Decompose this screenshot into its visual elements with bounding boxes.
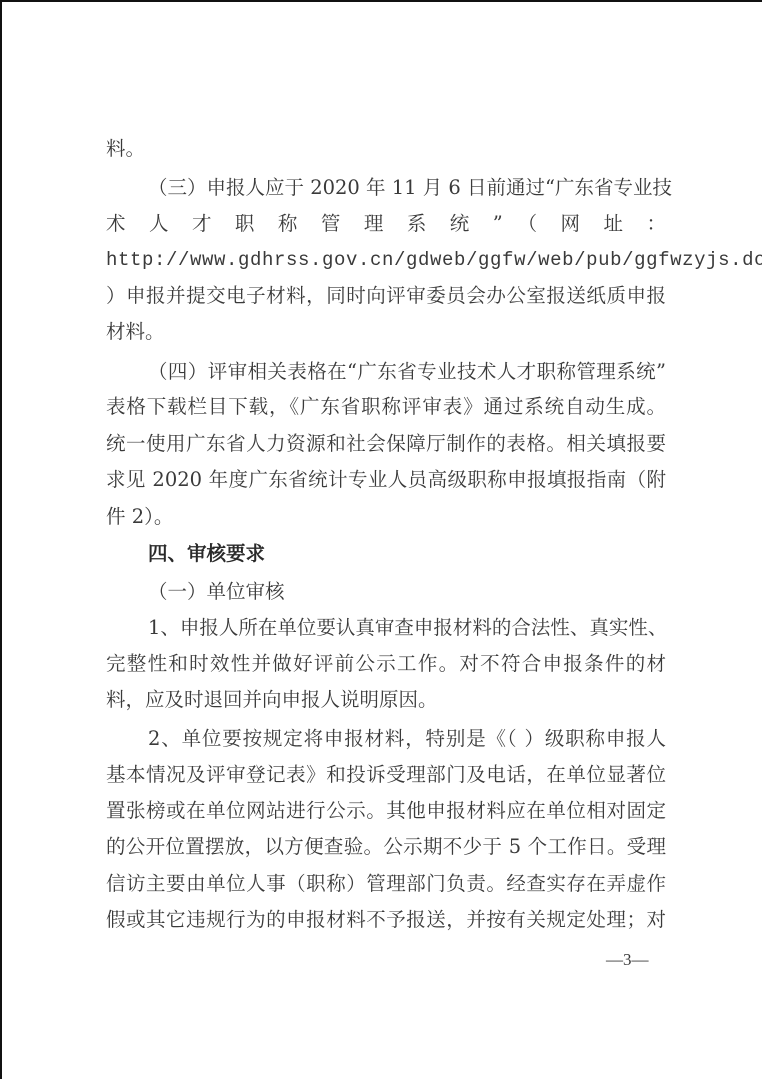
text-line: 的公开位置摆放，以方便查验。公示期不少于 5 个工作日。受理: [106, 835, 666, 859]
text-line: 材料。: [106, 320, 666, 344]
text-line: 料，应及时退回并向申报人说明原因。: [106, 688, 666, 712]
text-line: 求见 2020 年度广东省统计专业人员高级职称申报填报指南（附: [106, 468, 666, 492]
text-line: 2、单位要按规定将申报材料，特别是《（ ）级职称申报人: [148, 727, 666, 751]
text-line: ）申报并提交电子材料，同时向评审委员会办公室报送纸质申报: [106, 284, 666, 308]
text-line: 术 人 才 职 称 管 理 系 统 ” （ 网 址 ：: [106, 212, 666, 236]
text-line: 1、申报人所在单位要认真审查申报材料的合法性、真实性、: [148, 616, 666, 640]
text-line: （四）评审相关表格在“广东省专业技术人才职称管理系统”: [148, 360, 666, 384]
document-page: 料。 （三）申报人应于 2020 年 11 月 6 日前通过“广东省专业技 术 …: [0, 0, 762, 1079]
text-line: 件 2）。: [106, 505, 666, 529]
text-line: 表格下载栏目下载，《广东省职称评审表》通过系统自动生成。: [106, 395, 666, 419]
url-line: http://www.gdhrss.gov.cn/gdweb/ggfw/web/…: [106, 248, 666, 272]
text-line: 基本情况及评审登记表》和投诉受理部门及电话，在单位显著位: [106, 763, 666, 787]
text-line: （三）申报人应于 2020 年 11 月 6 日前通过“广东省专业技: [148, 176, 666, 200]
text-line: 统一使用广东省人力资源和社会保障厅制作的表格。相关填报要: [106, 432, 666, 456]
text-line: 完整性和时效性并做好评前公示工作。对不符合申报条件的材: [106, 652, 666, 676]
text-line: 信访主要由单位人事（职称）管理部门负责。经查实存在弄虚作: [106, 872, 666, 896]
section-heading: 四、审核要求: [148, 542, 708, 566]
text-line: 假或其它违规行为的申报材料不予报送，并按有关规定处理；对: [106, 908, 666, 932]
text-line: 料。: [106, 137, 666, 161]
text-line: 置张榜或在单位网站进行公示。其他申报材料应在单位相对固定: [106, 799, 666, 823]
subsection-heading: （一）单位审核: [148, 580, 708, 604]
page-number: —3—: [606, 950, 649, 970]
